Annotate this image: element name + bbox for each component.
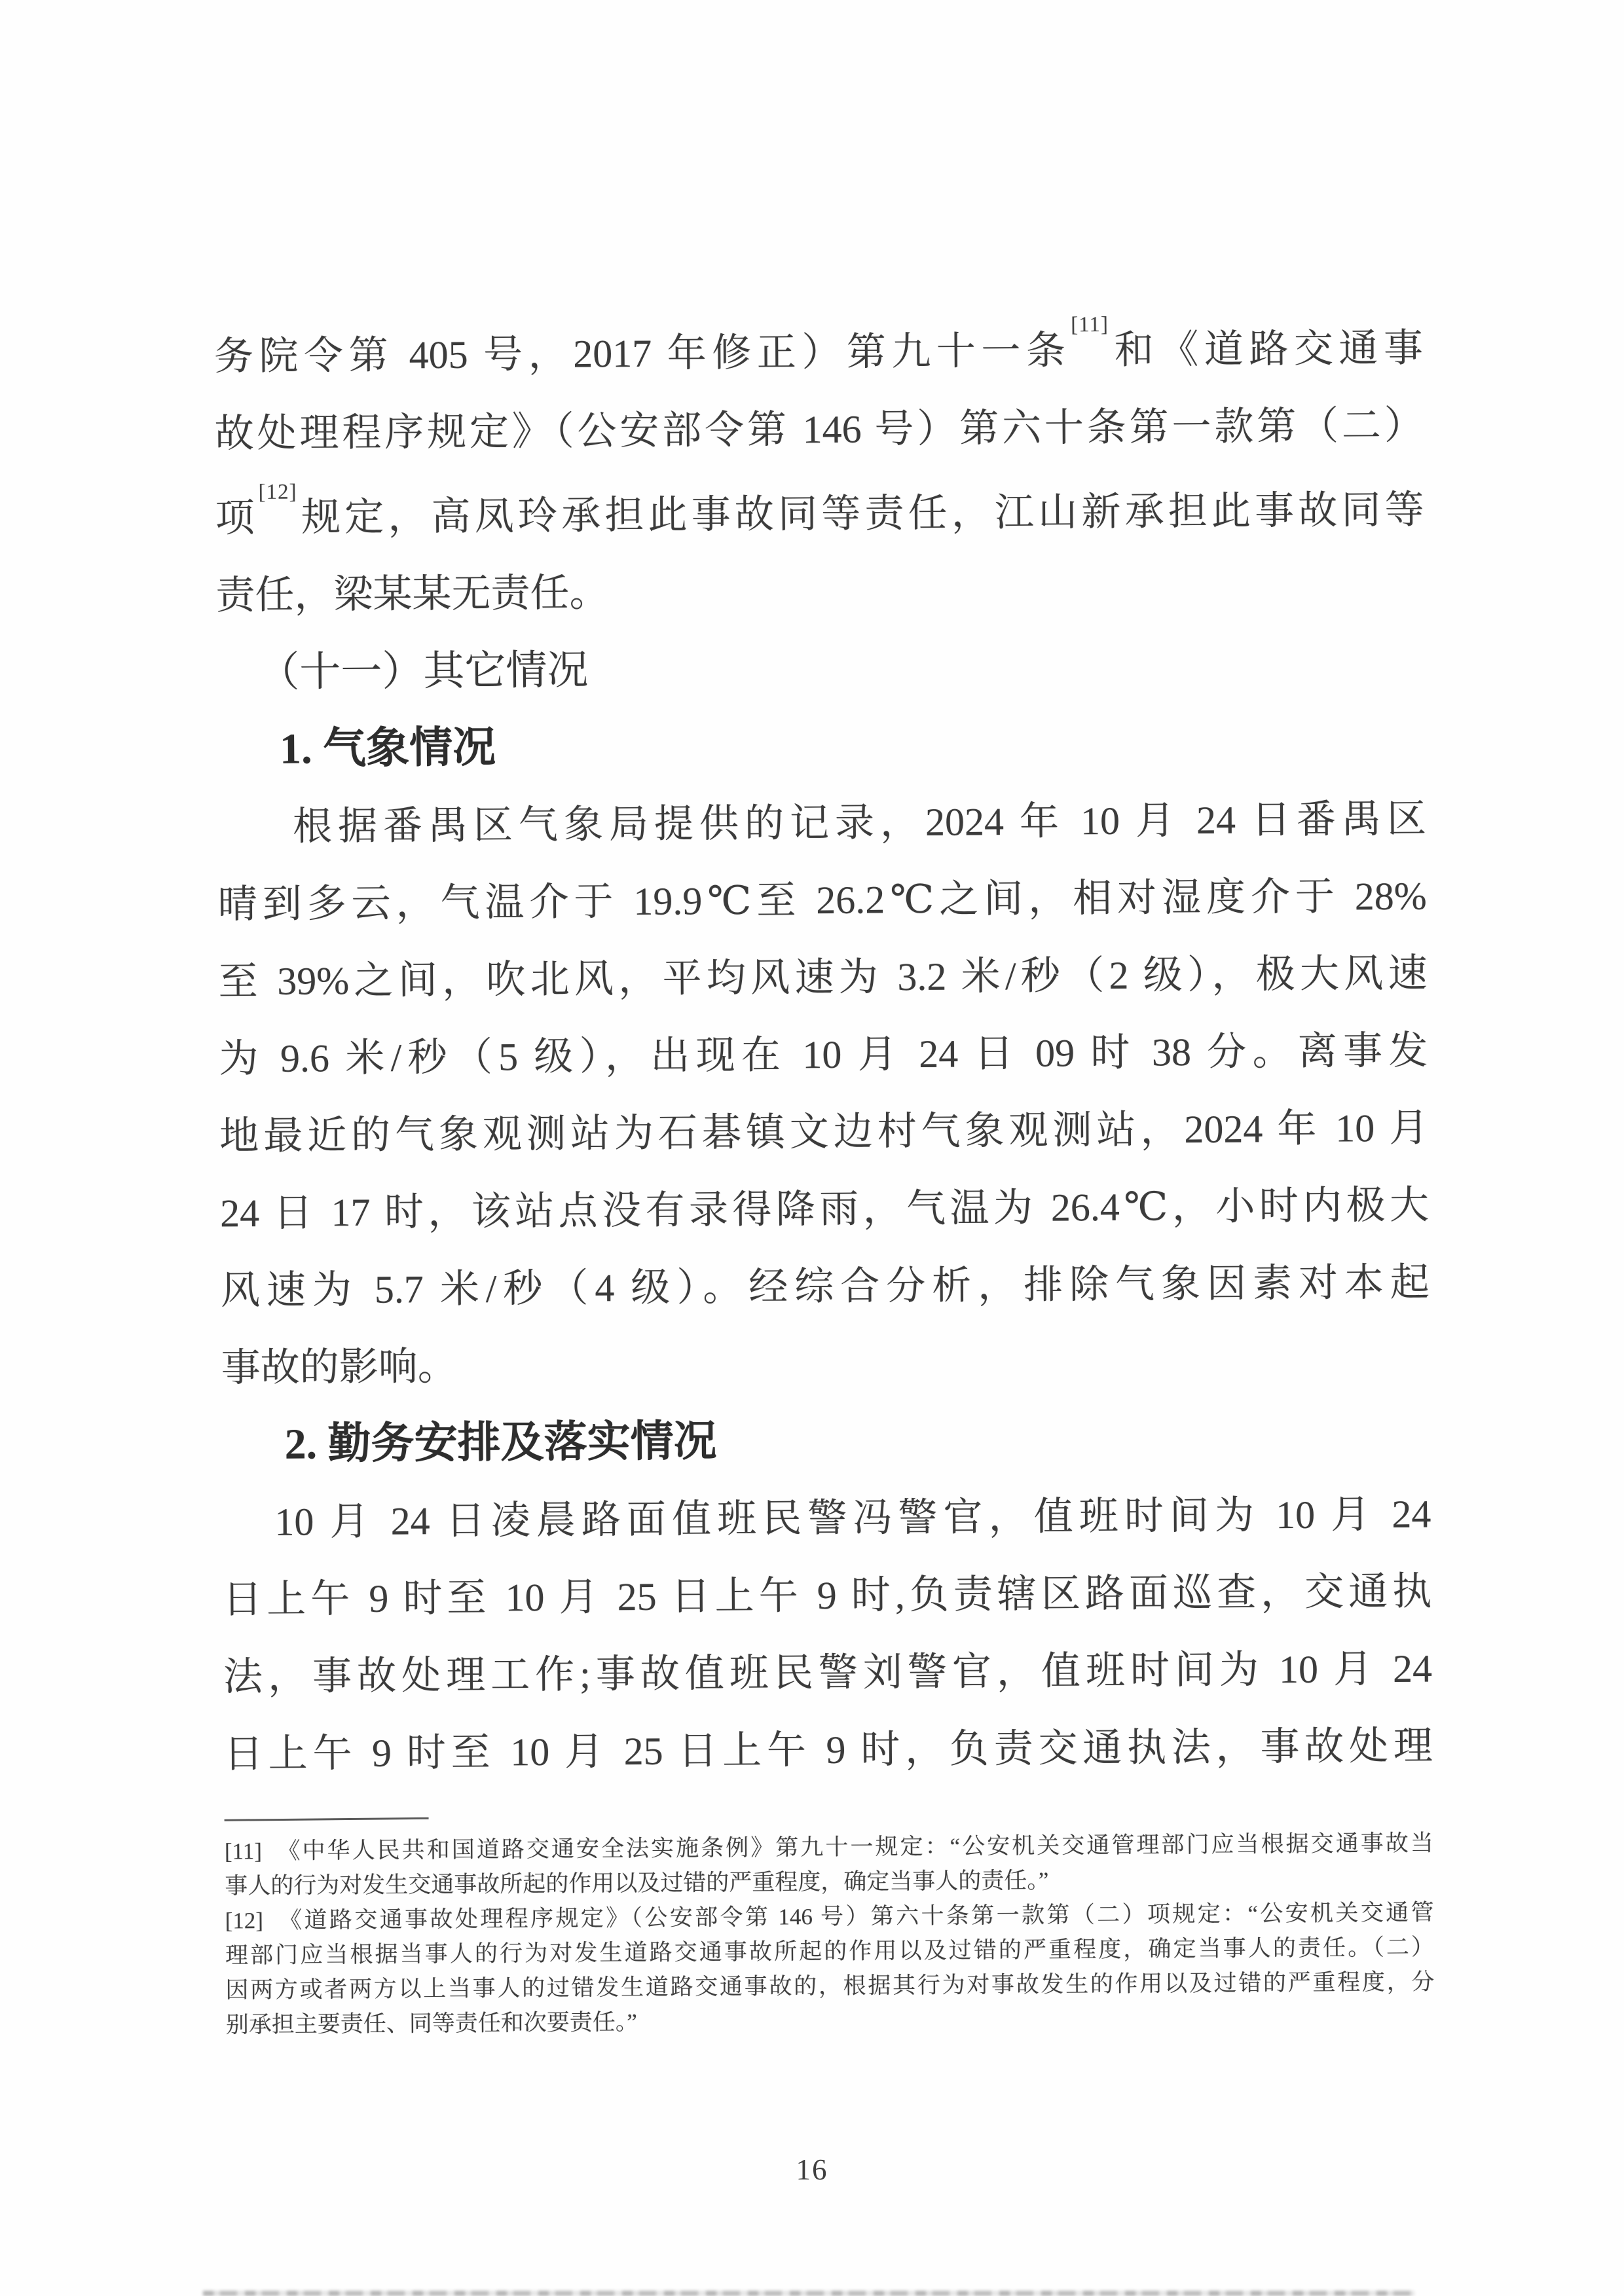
scan-bleed-artifact <box>203 2291 1414 2296</box>
text-line: 至 39%之间，吹北风，平均风速为 3.2 米/秒（2 级），极大风速 <box>218 935 1428 1021</box>
footnotes-block: [11] 《中华人民共和国道路交通安全法实施条例》第九十一规定：“公安机关交通管… <box>225 1826 1435 2043</box>
text-line: 风速为 5.7 米/秒（4 级）。经综合分析，排除气象因素对本起 <box>221 1244 1430 1330</box>
text-line: 务院令第 405 号，2017 年修正）第九十一条[11]和《道路交通事 <box>213 302 1423 395</box>
footnote-12: [12] 《道路交通事故处理程序规定》（公安部令第 146 号）第六十条第一款第… <box>225 1895 1434 2043</box>
section-heading: （十一）其它情况 <box>216 626 1426 712</box>
text-line: 故处理程序规定》（公安部令第 146 号）第六十条第一款第（二） <box>214 387 1424 473</box>
document-page: 务院令第 405 号，2017 年修正）第九十一条[11]和《道路交通事 故处理… <box>0 0 1624 2296</box>
text-segment: 规定，高凤玲承担此事故同等责任，江山新承担此事故同等 <box>297 488 1424 539</box>
text-segment: 项 <box>215 496 259 539</box>
text-line: 为 9.6 米/秒（5 级），出现在 10 月 24 日 09 时 38 分。离… <box>219 1012 1428 1098</box>
subsection-heading-weather: 1. 气象情况 <box>217 703 1426 789</box>
text-line: 项[12]规定，高凤玲承担此事故同等责任，江山新承担此事故同等 <box>215 464 1424 557</box>
footnote-11: [11] 《中华人民共和国道路交通安全法实施条例》第九十一规定：“公安机关交通管… <box>225 1826 1434 1904</box>
paragraph-continuation: 务院令第 405 号，2017 年修正）第九十一条[11]和《道路交通事 故处理… <box>213 302 1424 634</box>
text-line: 24 日 17 时，该站点没有录得降雨，气温为 26.4℃，小时内极大 <box>220 1167 1430 1252</box>
footnote-ref-11: [11] <box>1071 313 1109 337</box>
footnote-ref-12: [12] <box>258 481 297 504</box>
page-number: 16 <box>0 2153 1624 2187</box>
text-line: 日上午 9 时至 10 月 25 日上午 9 时,负责辖区路面巡查，交通执 <box>223 1553 1432 1639</box>
text-line: 法，事故处理工作;事故值班民警刘警官，值班时间为 10 月 24 <box>223 1630 1433 1716</box>
text-line: 日上午 9 时至 10 月 25 日上午 9 时，负责交通执法，事故处理 <box>223 1707 1433 1793</box>
footnote-separator <box>225 1817 429 1821</box>
page-content: 务院令第 405 号，2017 年修正）第九十一条[11]和《道路交通事 故处理… <box>213 302 1434 2043</box>
duty-paragraph: 10 月 24 日凌晨路面值班民警冯警官，值班时间为 10 月 24 日上午 9… <box>222 1476 1433 1793</box>
weather-paragraph: 根据番禺区气象局提供的记录，2024 年 10 月 24 日番禺区 晴到多云，气… <box>217 780 1431 1407</box>
text-line: 根据番禺区气象局提供的记录，2024 年 10 月 24 日番禺区 <box>217 780 1427 866</box>
text-line: 责任，梁某某无责任。 <box>215 549 1425 634</box>
text-segment: 务院令第 405 号，2017 年修正）第九十一条 <box>214 329 1071 378</box>
text-line: 事故的影响。 <box>221 1321 1430 1407</box>
text-line: 地最近的气象观测站为石碁镇文边村气象观测站，2024 年 10 月 <box>219 1089 1429 1175</box>
text-line: 10 月 24 日凌晨路面值班民警冯警官，值班时间为 10 月 24 <box>222 1476 1431 1561</box>
subsection-heading-duty: 2. 勤务安排及落实情况 <box>221 1398 1431 1484</box>
text-segment: 和《道路交通事 <box>1109 327 1423 372</box>
text-line: 晴到多云，气温介于 19.9℃至 26.2℃之间，相对湿度介于 28% <box>217 858 1427 943</box>
